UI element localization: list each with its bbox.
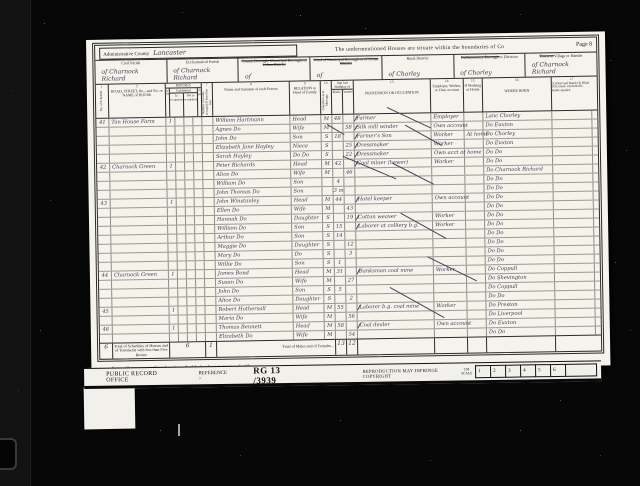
cell-name: Robert Hothersall xyxy=(216,304,293,313)
cell-inhab: 1 xyxy=(167,162,176,170)
cell-bld xyxy=(196,297,205,305)
cell-infirm xyxy=(555,299,595,308)
cell-ageF: 58 xyxy=(343,123,354,131)
cell-un_not xyxy=(187,297,196,305)
cell-born: Do Euxton xyxy=(484,138,553,147)
cell-home: At home xyxy=(465,130,484,138)
administrative-county-label: Administrative County xyxy=(103,52,149,58)
cell-infirm xyxy=(556,317,596,326)
cell-occ xyxy=(358,311,435,320)
cell-un_not xyxy=(188,315,197,323)
cell-inhab xyxy=(168,207,177,215)
col-not-in-occupation-header: Not in occupation xyxy=(184,93,198,116)
film-edge-band xyxy=(0,0,31,486)
district-value: of Charnock Richard xyxy=(97,68,164,83)
cell-ageF xyxy=(347,321,358,329)
cell-inhab xyxy=(167,135,176,143)
cell-rooms xyxy=(203,189,214,197)
administrative-county-value: Lancaster xyxy=(153,48,186,57)
cell-bld xyxy=(194,135,203,143)
cell-inhab xyxy=(169,252,178,260)
cell-occ: Hotel keeper xyxy=(356,194,433,203)
col-employer-header: 14 Employer, Worker, or Own account xyxy=(431,79,465,113)
cell-rooms xyxy=(204,207,215,215)
cell-un_occ xyxy=(176,189,185,197)
cell-rel: Son xyxy=(291,178,322,187)
cell-un_not xyxy=(186,198,195,206)
cell-born: Do Preston xyxy=(486,300,555,309)
cell-bld xyxy=(194,153,203,161)
film-scratch-mark xyxy=(178,424,180,436)
cell-rooms xyxy=(204,234,215,242)
totals-empty-emp xyxy=(435,338,468,354)
cell-born: Do Do xyxy=(487,327,556,336)
cell-born: Do Do xyxy=(486,291,555,300)
cell-occ: Dressmaker xyxy=(355,140,432,149)
cell-sched xyxy=(98,226,111,234)
cell-ageF xyxy=(345,195,356,203)
cell-cond: S xyxy=(323,214,334,222)
col-age-females-header: Females. xyxy=(343,89,353,113)
cell-un_not xyxy=(186,243,195,251)
cell-un_occ xyxy=(178,306,187,314)
col-where-born-header: 16 WHERE BORN xyxy=(483,77,553,111)
cell-rel: Head xyxy=(294,322,325,331)
district-value: of Charnock Richard xyxy=(528,60,595,75)
cell-occ: Coal dealer xyxy=(358,320,435,329)
cell-un_occ xyxy=(177,216,186,224)
cell-emp xyxy=(434,275,467,284)
cell-born: Do Chorley xyxy=(484,129,553,138)
col-age-group-header: Age last Birthday of Males. Females. xyxy=(332,80,355,113)
totals-males-females-label: Total of Males and of Females .. xyxy=(217,340,336,357)
cell-inhab xyxy=(166,126,175,134)
cell-rooms xyxy=(205,261,216,269)
scale-box-empty xyxy=(565,363,597,376)
cell-ageM xyxy=(335,295,346,303)
total-rooms: 1 xyxy=(206,342,217,357)
cell-name: Susan Do xyxy=(216,277,293,286)
cell-ageM: 5 xyxy=(335,286,346,294)
cell-ageM: 4 xyxy=(333,178,344,186)
cell-cond: M xyxy=(322,169,333,177)
cell-name: Alice Do xyxy=(214,169,291,178)
totals-empty-born xyxy=(487,336,556,352)
pro-reference-number: RG 13 /3939 xyxy=(253,364,303,385)
cell-road xyxy=(113,333,170,342)
cell-un_not xyxy=(188,333,197,341)
cell-road xyxy=(110,189,167,198)
cell-un_not xyxy=(187,279,196,287)
cell-inhab xyxy=(169,288,178,296)
cell-occ xyxy=(357,248,434,257)
cell-sched xyxy=(97,181,110,189)
cell-un_occ xyxy=(177,243,186,251)
cell-bld xyxy=(196,279,205,287)
district-cell: Ecclesiastical Parishof Charnock Richard xyxy=(167,58,239,82)
cell-born: Do Charnock Richard xyxy=(484,165,553,174)
cm-scale-label: CM SCALE xyxy=(461,368,472,375)
cell-name: Arthur Do xyxy=(215,232,292,241)
cell-occ xyxy=(355,185,432,194)
cell-ageM: 42 xyxy=(333,160,344,168)
cell-cond: S xyxy=(322,151,333,159)
cell-born: Do Do xyxy=(486,255,555,264)
scale-box: 2 xyxy=(490,365,505,378)
cell-un_not xyxy=(186,234,195,242)
cell-un_occ xyxy=(179,324,188,332)
cell-sched xyxy=(98,208,111,216)
cell-born: Do Euxton xyxy=(483,120,552,129)
cell-rel: Wife xyxy=(293,277,324,286)
total-schedules: 6 xyxy=(100,343,113,358)
cell-emp: Own acct at home xyxy=(432,149,465,158)
cell-ageF xyxy=(344,186,355,194)
cell-cond: M xyxy=(324,268,335,276)
cell-bld xyxy=(194,162,203,170)
cell-rel: Do Do xyxy=(291,151,322,160)
cell-ageF xyxy=(344,177,355,185)
cell-rel: Son xyxy=(291,133,322,142)
cell-infirm xyxy=(554,209,594,218)
census-form: Administrative County Lancaster The unde… xyxy=(94,37,602,360)
cell-occ xyxy=(358,329,435,338)
cell-rooms xyxy=(203,162,214,170)
scale-box: 5 xyxy=(535,364,550,377)
cell-sched xyxy=(97,145,110,153)
cell-home xyxy=(467,292,486,300)
cell-cond: M xyxy=(324,304,335,312)
col-infirmity-header: 17 (1) Deaf and Dumb (2) Blind (3) Lunat… xyxy=(552,76,593,110)
cell-inhab xyxy=(170,333,179,341)
cell-bld xyxy=(196,261,205,269)
cell-emp: Employer xyxy=(431,113,464,122)
cell-home xyxy=(467,265,486,273)
scale-box: 1 xyxy=(475,365,490,378)
cell-un_not xyxy=(185,162,194,170)
cell-occ xyxy=(355,167,432,176)
cell-inhab: 1 xyxy=(168,198,177,206)
situate-statement: The undermentioned Houses are situate wi… xyxy=(297,38,542,53)
cell-ageF: 25 xyxy=(344,141,355,149)
district-value: of Chorley xyxy=(384,70,451,78)
cell-inhab: 1 xyxy=(169,306,178,314)
cell-rel: Wife xyxy=(291,169,322,178)
cell-ageM xyxy=(336,313,347,321)
cell-cond: M xyxy=(324,277,335,285)
cell-un_occ xyxy=(178,261,187,269)
cell-occ: Farmer xyxy=(354,113,431,122)
cell-cond: M xyxy=(323,196,334,204)
cell-occ: Banksman coal mine xyxy=(357,266,434,275)
cell-rel: Wife xyxy=(292,205,323,214)
district-cell: Civil Parishof Charnock Richard xyxy=(95,60,167,84)
cell-occ xyxy=(356,230,433,239)
cell-home xyxy=(466,247,485,255)
cell-emp xyxy=(434,284,467,293)
cell-un_not xyxy=(185,135,194,143)
cell-road: Charnock Green xyxy=(110,163,167,172)
cell-name: John Winstanley xyxy=(215,196,292,205)
cell-un_not xyxy=(185,171,194,179)
total-females: 12 xyxy=(347,339,358,354)
cell-un_occ xyxy=(178,270,187,278)
cell-home xyxy=(467,283,486,291)
cell-bld xyxy=(195,243,204,251)
cell-infirm xyxy=(553,155,593,164)
cell-rooms xyxy=(205,297,216,305)
cell-infirm xyxy=(552,119,592,128)
enumeration-rows: 41Tan House Farm1William HartmannHeadM48… xyxy=(96,110,601,342)
cell-sched: 41 xyxy=(96,118,109,126)
cell-ageF xyxy=(345,222,356,230)
cell-un_occ xyxy=(178,252,187,260)
cell-name: William Do xyxy=(215,223,292,232)
cell-bld xyxy=(195,234,204,242)
district-value: of xyxy=(241,72,308,80)
cell-sched xyxy=(97,154,110,162)
cell-sched: 42 xyxy=(97,163,110,171)
cell-un_not xyxy=(187,261,196,269)
cell-inhab xyxy=(168,243,177,251)
cell-rel: Do xyxy=(293,250,324,259)
cell-born: Do Coppull xyxy=(486,264,555,273)
cell-rooms xyxy=(203,171,214,179)
cell-un_occ xyxy=(177,207,186,215)
cell-road xyxy=(110,145,167,154)
cell-road xyxy=(111,216,168,225)
cell-bld xyxy=(193,117,202,125)
cell-rooms xyxy=(205,306,216,314)
cell-home xyxy=(467,301,486,309)
cell-infirm xyxy=(553,146,593,155)
cell-emp xyxy=(433,203,466,212)
cell-sched xyxy=(97,136,110,144)
cell-un_occ xyxy=(179,315,188,323)
cell-cond: S xyxy=(322,133,333,141)
cell-bld xyxy=(195,207,204,215)
cell-ageM xyxy=(336,331,347,339)
cell-emp xyxy=(432,176,465,185)
cell-rooms xyxy=(204,225,215,233)
cell-occ xyxy=(356,239,433,248)
cell-un_not xyxy=(186,225,195,233)
cell-un_occ xyxy=(179,333,188,341)
totals-houses-label: Total of Schedules of Houses and of Tene… xyxy=(113,342,170,358)
cell-road xyxy=(110,180,167,189)
cell-name: Willie Do xyxy=(216,259,293,268)
cell-infirm xyxy=(556,308,596,317)
scale-box: 6 xyxy=(550,364,565,377)
cell-emp xyxy=(433,239,466,248)
district-cell: Rural Districtof Chorley xyxy=(382,55,454,79)
cell-rel: Son xyxy=(292,223,323,232)
cell-inhab xyxy=(167,153,176,161)
district-value: of Chorley xyxy=(456,69,523,77)
cell-emp xyxy=(435,329,468,338)
cell-cond: M xyxy=(325,331,336,339)
cell-sched xyxy=(98,235,111,243)
cell-rel: Daughter xyxy=(292,214,323,223)
cell-born: Do Do xyxy=(485,237,554,246)
cell-infirm xyxy=(553,137,593,146)
cell-name: William Hartmann xyxy=(213,115,290,124)
cell-infirm xyxy=(555,263,595,272)
cell-home xyxy=(465,166,484,174)
cell-road xyxy=(110,154,167,163)
cell-ageF xyxy=(346,285,357,293)
cell-name: James Bond xyxy=(216,268,293,277)
cell-sched xyxy=(100,316,113,324)
col-age-males-header: Males. xyxy=(332,90,343,114)
totals-empty-home xyxy=(468,337,487,352)
cell-home xyxy=(465,175,484,183)
cell-emp: Worker xyxy=(433,212,466,221)
cell-inhab xyxy=(169,279,178,287)
cell-name: Peter Richards xyxy=(214,160,291,169)
cell-road: Charnock Green xyxy=(112,270,169,279)
cell-sched xyxy=(98,244,111,252)
cell-name: Sarah Hayley xyxy=(214,151,291,160)
cell-born: Do Do xyxy=(484,147,553,156)
cell-name: Elizabeth Do xyxy=(217,331,294,340)
cell-bld xyxy=(197,333,206,341)
cell-inhab: 1 xyxy=(169,270,178,278)
cell-cond: S xyxy=(323,223,334,231)
cell-rooms xyxy=(205,252,216,260)
cell-ageF: 46 xyxy=(344,168,355,176)
cell-un_occ xyxy=(175,117,184,125)
cell-ageF: 12 xyxy=(345,240,356,248)
cell-rel: Wife xyxy=(294,313,325,322)
cell-bld xyxy=(196,288,205,296)
cell-road xyxy=(112,252,169,261)
cell-home xyxy=(465,139,484,147)
cell-bld xyxy=(197,324,206,332)
cell-sched xyxy=(98,217,111,225)
cell-road xyxy=(110,136,167,145)
cell-rooms xyxy=(206,324,217,332)
cell-infirm xyxy=(555,290,595,299)
cell-bld xyxy=(195,216,204,224)
cell-road xyxy=(111,198,168,207)
cell-ageM xyxy=(334,214,345,222)
cell-ageF: 56 xyxy=(347,312,358,320)
col-schedule-header: 1 No. of Schedule xyxy=(96,84,110,117)
cell-home xyxy=(467,256,486,264)
district-cell: County Borough, Municipal Borough, or Ur… xyxy=(239,57,311,81)
cell-rel: Head xyxy=(292,196,323,205)
cell-ageF xyxy=(346,303,357,311)
cell-cond: S xyxy=(324,259,335,267)
cell-infirm xyxy=(553,164,593,173)
cell-inhab xyxy=(167,189,176,197)
cell-cond xyxy=(322,187,333,195)
cell-un_occ xyxy=(176,144,185,152)
cell-emp: Worker xyxy=(434,302,467,311)
cell-cond: S xyxy=(324,295,335,303)
cell-ageM xyxy=(333,142,344,150)
cell-home xyxy=(466,229,485,237)
cell-born: Do Do xyxy=(485,210,554,219)
cell-born: Do Do xyxy=(484,156,553,165)
cell-ageF xyxy=(345,231,356,239)
film-splice-label xyxy=(84,387,136,430)
cell-occ xyxy=(357,293,434,302)
cell-road xyxy=(109,127,166,136)
cell-rooms xyxy=(204,216,215,224)
cell-ageM xyxy=(334,205,345,213)
cell-infirm xyxy=(554,236,594,245)
total-males: 13 xyxy=(336,340,347,355)
cell-emp: Worker xyxy=(433,221,466,230)
cell-sched: 46 xyxy=(100,325,113,333)
cell-ageF xyxy=(343,114,354,122)
cell-name: Maria Do xyxy=(217,313,294,322)
cell-infirm xyxy=(552,110,592,119)
cell-ageM: 3 m xyxy=(333,187,344,195)
cell-cond: S xyxy=(324,250,335,258)
cell-un_occ xyxy=(178,288,187,296)
cell-cond: S xyxy=(323,232,334,240)
cell-ageF xyxy=(344,132,355,140)
cell-ageM: 58 xyxy=(336,322,347,330)
cell-cond: S xyxy=(322,142,333,150)
cell-un_not xyxy=(185,180,194,188)
cell-occ xyxy=(357,257,434,266)
cell-inhab xyxy=(168,225,177,233)
cell-road: Tan House Farm xyxy=(109,118,166,127)
cell-rooms xyxy=(204,198,215,206)
cell-home xyxy=(468,328,487,336)
cell-emp: Worker xyxy=(432,158,465,167)
cell-name: William Do xyxy=(214,178,291,187)
col-working-home-header: 15 If Working at Home xyxy=(464,78,484,111)
cell-name: Maggie Do xyxy=(215,241,292,250)
cell-bld xyxy=(193,126,202,134)
cell-rel: Daughter xyxy=(292,241,323,250)
cell-cond: M xyxy=(325,322,336,330)
cell-ageM xyxy=(333,169,344,177)
cell-name: Mary Do xyxy=(216,250,293,259)
cell-road xyxy=(111,225,168,234)
cell-born: Do Coppull xyxy=(486,282,555,291)
cell-rel: Wife xyxy=(290,124,321,133)
col-in-occupation-header: In occupation xyxy=(170,93,185,116)
col-condition-header: 10 Condition as to Marriage xyxy=(321,81,333,114)
cell-un_occ xyxy=(176,153,185,161)
cell-bld xyxy=(194,180,203,188)
cell-bld xyxy=(196,270,205,278)
cell-home xyxy=(466,220,485,228)
cell-ageF: 3 xyxy=(346,249,357,257)
cell-name: Thomas Bennett xyxy=(217,322,294,331)
cell-home xyxy=(468,310,487,318)
cell-rooms xyxy=(203,144,214,152)
cell-infirm xyxy=(554,245,594,254)
pro-reference-label: REFERENCE :- xyxy=(198,370,229,380)
cell-bld xyxy=(194,189,203,197)
film-dust-speckles xyxy=(0,0,1,1)
cell-sched xyxy=(97,172,110,180)
cell-rel: Daughter xyxy=(293,295,324,304)
cell-bld xyxy=(195,225,204,233)
cell-cond: M xyxy=(325,313,336,321)
cell-sched: 43 xyxy=(98,199,111,207)
cell-rel: Head xyxy=(293,304,324,313)
cell-home xyxy=(464,112,483,120)
cell-ageM xyxy=(335,277,346,285)
